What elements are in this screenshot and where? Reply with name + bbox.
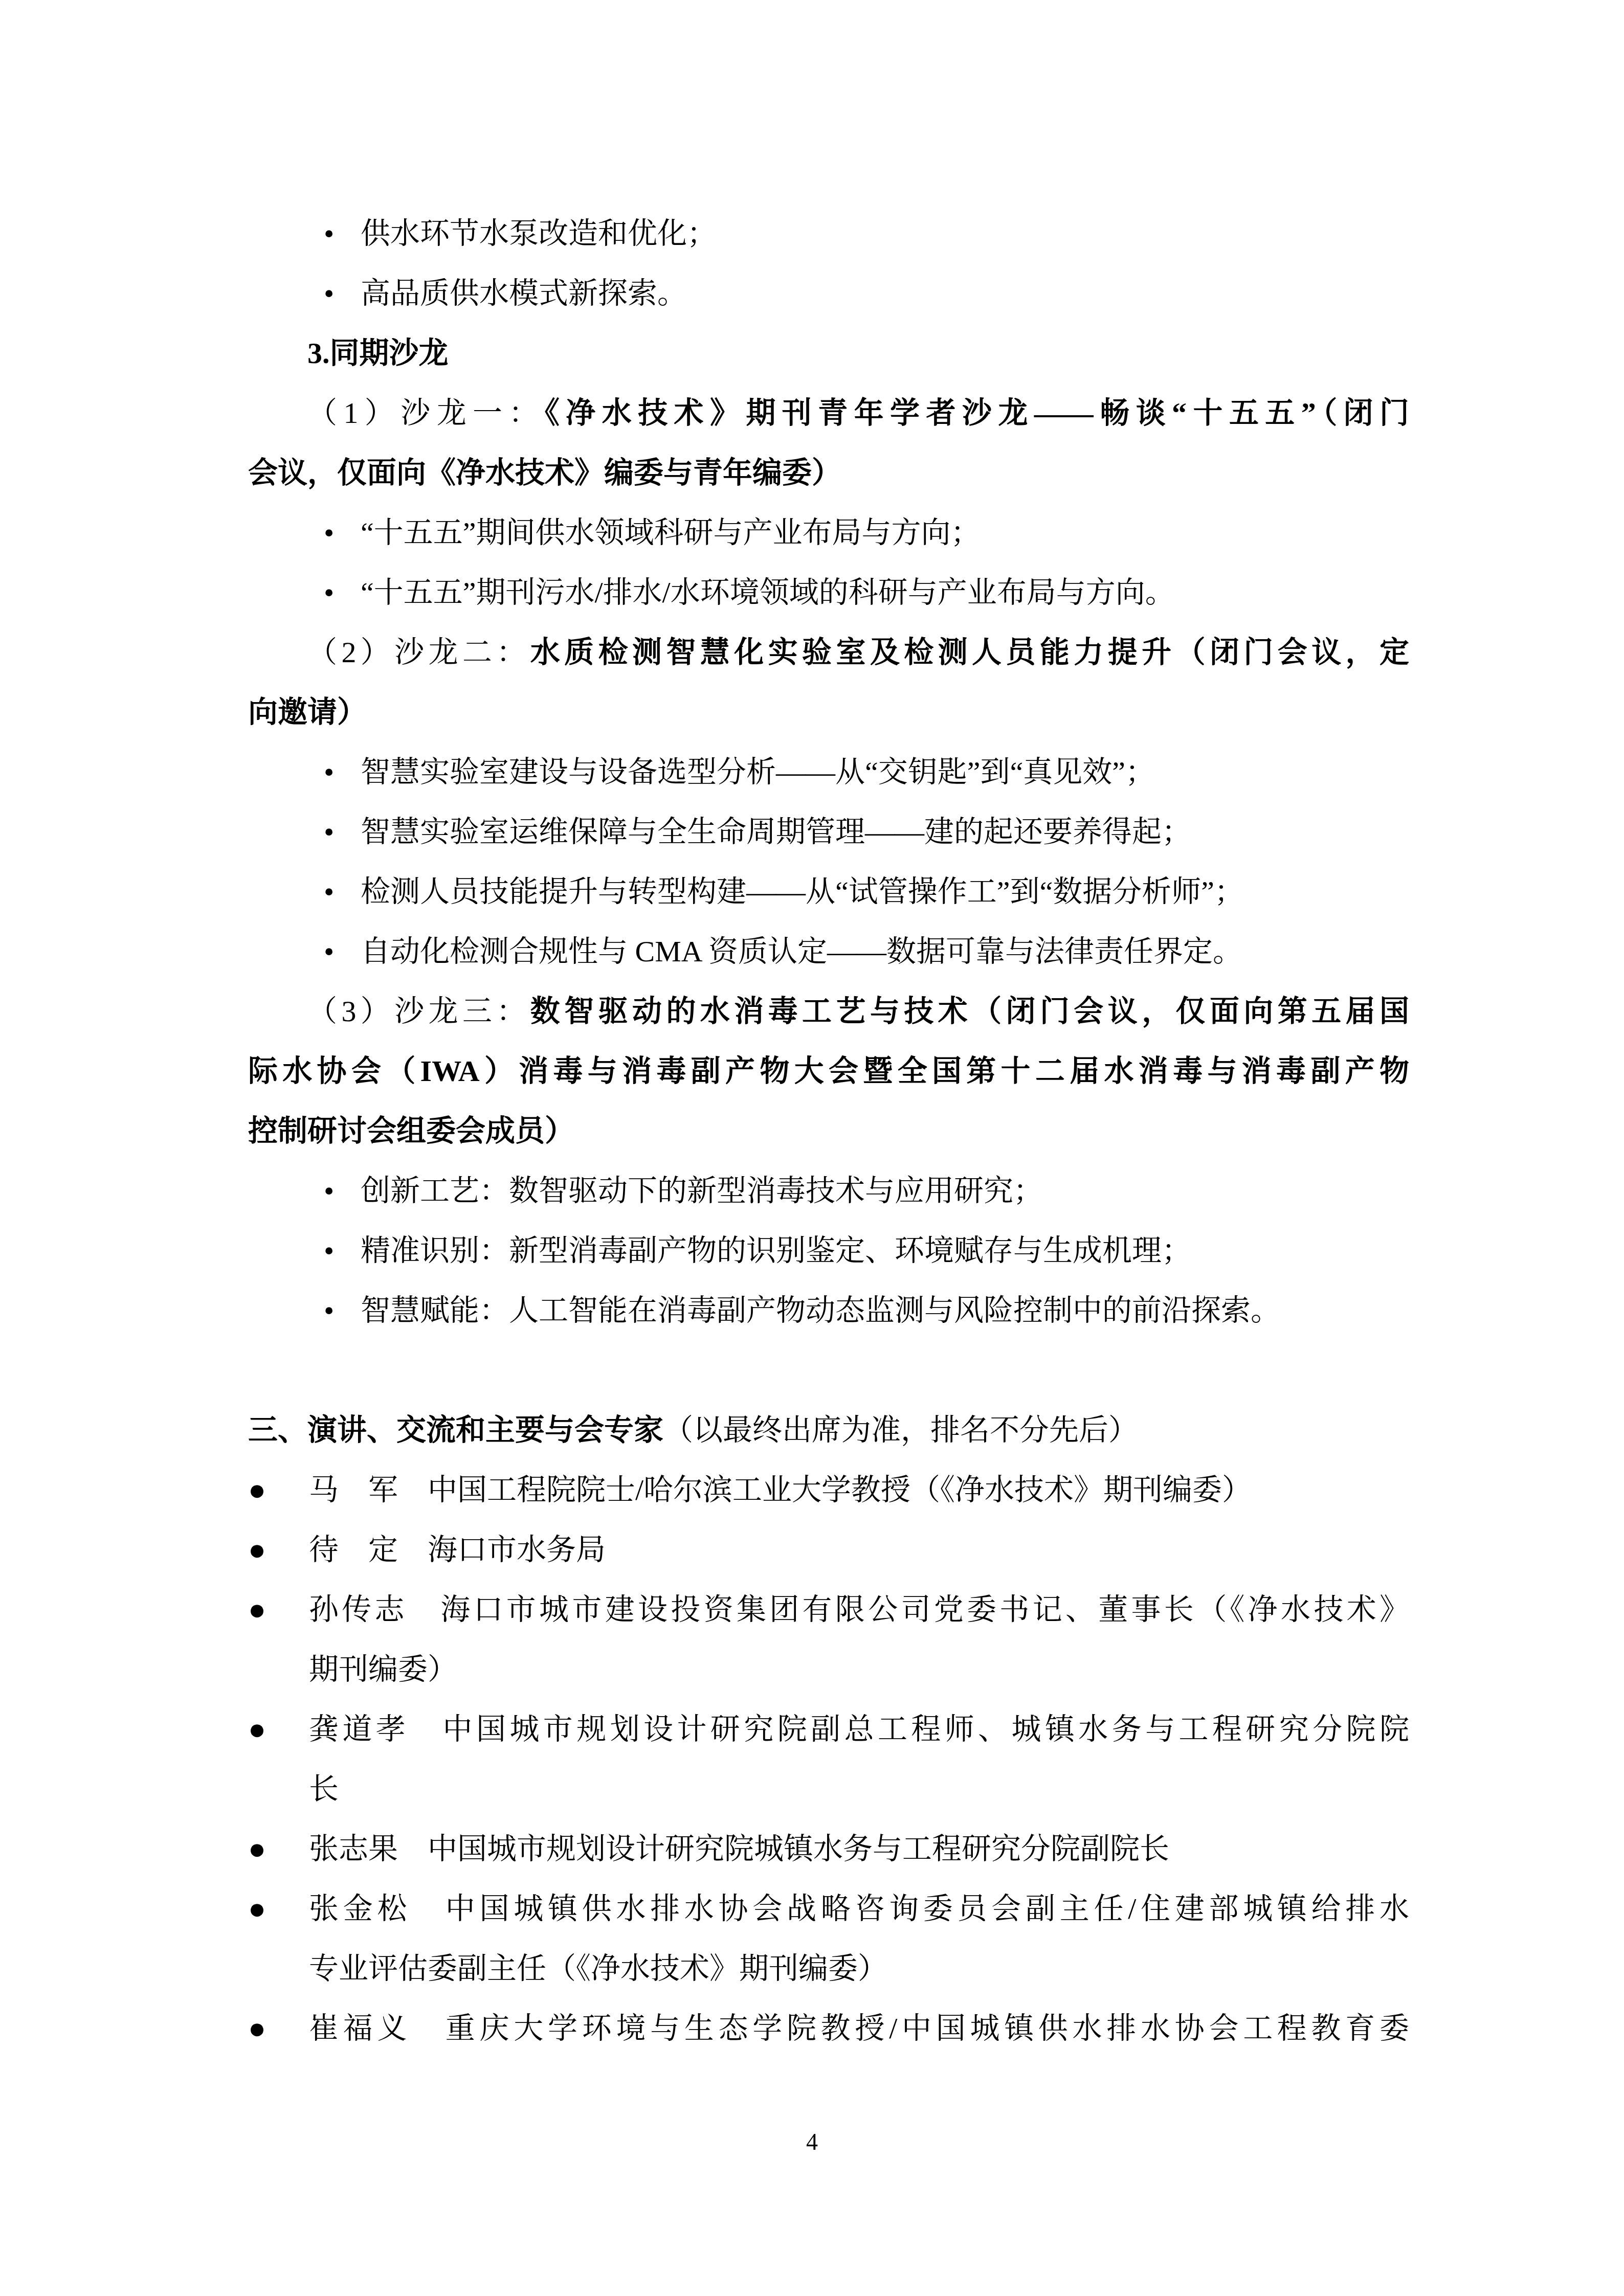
sub-bullet-icon: • (324, 862, 361, 921)
bullet-item: •创新工艺：数智驱动下的新型消毒技术与应用研究； (248, 1161, 1409, 1221)
text-segment: “十五五”期间供水领域科研与产业布局与方向； (361, 516, 981, 549)
sub-bullet-icon: • (324, 1221, 361, 1280)
bullet-item: •精准识别：新型消毒副产物的识别鉴定、环境赋存与生成机理； (248, 1221, 1409, 1280)
text-segment: 智慧实验室运维保障与全生命周期管理——建的起还要养得起； (361, 815, 1191, 848)
expert-item: ●崔福义 重庆大学环境与生态学院教授/中国城镇供水排水协会工程教育委 (248, 1998, 1409, 2058)
document-page: •供水环节水泵改造和优化；•高品质供水模式新探索。3.同期沙龙（1）沙龙一：《净… (0, 0, 1624, 2296)
text-segment: 龚道孝 中国城市规划设计研究院副总工程师、城镇水务与工程研究分院院 (309, 1713, 1409, 1746)
expert-item-continuation: 期刊编委） (248, 1639, 1409, 1699)
expert-item: ●龚道孝 中国城市规划设计研究院副总工程师、城镇水务与工程研究分院院 (248, 1699, 1409, 1759)
text-segment: 智慧赋能：人工智能在消毒副产物动态监测与风险控制中的前沿探索。 (361, 1294, 1280, 1327)
paragraph-line: 向邀请） (248, 682, 1409, 742)
sub-bullet-icon: • (324, 742, 361, 802)
expert-item: ●孙传志 海口市城市建设投资集团有限公司党委书记、董事长（《净水技术》 (248, 1580, 1409, 1639)
text-segment: 精准识别：新型消毒副产物的识别鉴定、环境赋存与生成机理； (361, 1234, 1191, 1267)
text-segment: 期刊编委） (309, 1653, 457, 1686)
sub-bullet-icon: • (324, 1280, 361, 1340)
paragraph-line: 3.同期沙龙 (248, 323, 1409, 383)
text-segment: 崔福义 重庆大学环境与生态学院教授/中国城镇供水排水协会工程教育委 (309, 2012, 1409, 2045)
bullet-item: •检测人员技能提升与转型构建——从“试管操作工”到“数据分析师”； (248, 862, 1409, 921)
text-segment: 专业评估委副主任（《净水技术》期刊编委） (309, 1952, 887, 1985)
expert-item: ●马 军 中国工程院院士/哈尔滨工业大学教授（《净水技术》期刊编委） (248, 1460, 1409, 1520)
sub-bullet-icon: • (324, 921, 361, 981)
expert-bullet-icon: ● (248, 1819, 309, 1879)
expert-item: ●张金松 中国城镇供水排水协会战略咨询委员会副主任/住建部城镇给排水 (248, 1879, 1409, 1939)
text-segment: 三、演讲、交流和主要与会专家 (248, 1413, 663, 1447)
expert-item-continuation: 长 (248, 1759, 1409, 1819)
sub-bullet-icon: • (324, 204, 361, 263)
paragraph-line: （1）沙龙一：《净水技术》期刊青年学者沙龙——畅谈“十五五”（闭门 (248, 383, 1409, 443)
blank-line (248, 1340, 1409, 1400)
bullet-item: •自动化检测合规性与 CMA 资质认定——数据可靠与法律责任界定。 (248, 921, 1409, 981)
expert-bullet-icon: ● (248, 1520, 309, 1580)
paragraph-line: 控制研讨会组委会成员） (248, 1101, 1409, 1161)
document-body: •供水环节水泵改造和优化；•高品质供水模式新探索。3.同期沙龙（1）沙龙一：《净… (248, 204, 1409, 2058)
sub-bullet-icon: • (324, 802, 361, 862)
bullet-item: •智慧实验室运维保障与全生命周期管理——建的起还要养得起； (248, 802, 1409, 862)
text-segment: 水质检测智慧化实验室及检测人员能力提升（闭门会议，定 (530, 636, 1409, 669)
page-number: 4 (0, 2112, 1624, 2172)
expert-bullet-icon: ● (248, 1460, 309, 1520)
text-segment: （3）沙龙三： (307, 995, 530, 1028)
text-segment: （1）沙龙一： (307, 396, 545, 430)
bullet-item: •“十五五”期间供水领域科研与产业布局与方向； (248, 503, 1409, 562)
text-segment: 张金松 中国城镇供水排水协会战略咨询委员会副主任/住建部城镇给排水 (309, 1892, 1409, 1925)
text-segment: 自动化检测合规性与 CMA 资质认定——数据可靠与法律责任界定。 (361, 935, 1242, 968)
expert-item: ●待 定 海口市水务局 (248, 1520, 1409, 1580)
bullet-item: •智慧实验室建设与设备选型分析——从“交钥匙”到“真见效”； (248, 742, 1409, 802)
text-segment: 数智驱动的水消毒工艺与技术（闭门会议，仅面向第五届国 (530, 995, 1409, 1028)
text-segment: 际水协会（IWA）消毒与消毒副产物大会暨全国第十二届水消毒与消毒副产物 (248, 1054, 1409, 1088)
bullet-item: •“十五五”期刊污水/排水/水环境领域的科研与产业布局与方向。 (248, 562, 1409, 622)
text-segment: （以最终出席为准，排名不分先后） (663, 1413, 1138, 1447)
text-segment: 马 军 中国工程院院士/哈尔滨工业大学教授（《净水技术》期刊编委） (309, 1473, 1252, 1506)
expert-bullet-icon: ● (248, 1580, 309, 1639)
paragraph-line: 会议，仅面向《净水技术》编委与青年编委） (248, 443, 1409, 503)
text-segment: 供水环节水泵改造和优化； (361, 217, 717, 250)
expert-bullet-icon: ● (248, 1699, 309, 1759)
text-segment: 待 定 海口市水务局 (309, 1533, 606, 1566)
expert-bullet-icon: ● (248, 1879, 309, 1939)
sub-bullet-icon: • (324, 1161, 361, 1221)
paragraph-line: （2）沙龙二：水质检测智慧化实验室及检测人员能力提升（闭门会议，定 (248, 622, 1409, 682)
expert-bullet-icon: ● (248, 1998, 309, 2058)
bullet-item: •智慧赋能：人工智能在消毒副产物动态监测与风险控制中的前沿探索。 (248, 1280, 1409, 1340)
paragraph-line: （3）沙龙三：数智驱动的水消毒工艺与技术（闭门会议，仅面向第五届国 (248, 981, 1409, 1041)
bullet-item: •供水环节水泵改造和优化； (248, 204, 1409, 263)
bullet-item: •高品质供水模式新探索。 (248, 263, 1409, 323)
text-segment: 高品质供水模式新探索。 (361, 277, 687, 310)
text-segment: （2）沙龙二： (307, 636, 530, 669)
sub-bullet-icon: • (324, 263, 361, 323)
text-segment: 3.同期沙龙 (307, 336, 449, 370)
sub-bullet-icon: • (324, 562, 361, 622)
text-segment: 向邀请） (248, 695, 367, 729)
text-segment: 孙传志 海口市城市建设投资集团有限公司党委书记、董事长（《净水技术》 (309, 1593, 1409, 1626)
text-segment: 检测人员技能提升与转型构建——从“试管操作工”到“数据分析师”； (361, 875, 1244, 908)
text-segment: 会议，仅面向《净水技术》编委与青年编委） (248, 456, 841, 489)
text-segment: “十五五”期刊污水/排水/水环境领域的科研与产业布局与方向。 (361, 576, 1175, 609)
paragraph-line: 际水协会（IWA）消毒与消毒副产物大会暨全国第十二届水消毒与消毒副产物 (248, 1041, 1409, 1101)
text-segment: 《净水技术》期刊青年学者沙龙——畅谈“十五五”（闭门 (545, 396, 1409, 430)
sub-bullet-icon: • (324, 503, 361, 562)
text-segment: 张志果 中国城市规划设计研究院城镇水务与工程研究分院副院长 (309, 1832, 1169, 1865)
text-segment: 创新工艺：数智驱动下的新型消毒技术与应用研究； (361, 1174, 1043, 1207)
text-segment: 控制研讨会组委会成员） (248, 1114, 574, 1147)
paragraph-line: 三、演讲、交流和主要与会专家（以最终出席为准，排名不分先后） (248, 1400, 1409, 1460)
text-segment: 智慧实验室建设与设备选型分析——从“交钥匙”到“真见效”； (361, 755, 1155, 789)
expert-item: ●张志果 中国城市规划设计研究院城镇水务与工程研究分院副院长 (248, 1819, 1409, 1879)
text-segment: 长 (309, 1772, 339, 1806)
expert-item-continuation: 专业评估委副主任（《净水技术》期刊编委） (248, 1939, 1409, 1998)
